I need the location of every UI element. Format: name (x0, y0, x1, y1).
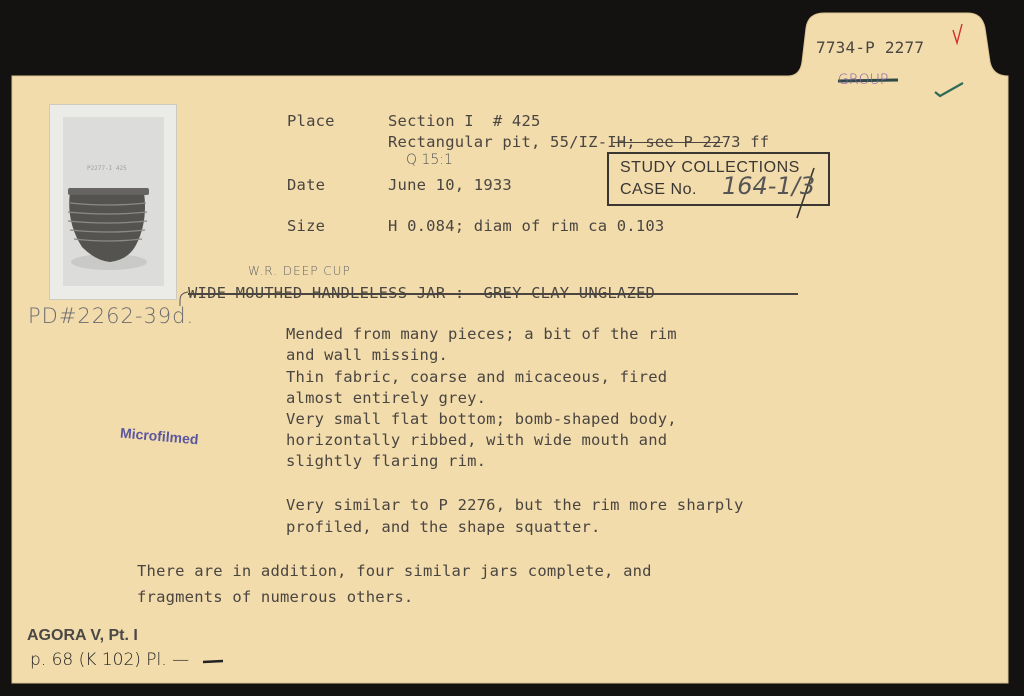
size-value: H 0.084; diam of rim ca 0.103 (388, 217, 664, 235)
comparison-line: profiled, and the shape squatter. (286, 518, 601, 536)
description-line: Mended from many pieces; a bit of the ri… (286, 325, 677, 343)
description-line: slightly flaring rim. (286, 452, 486, 470)
description-line: Thin fabric, coarse and micaceous, fired (286, 368, 667, 386)
comparison-line: Very similar to P 2276, but the rim more… (286, 496, 744, 514)
svg-text:P2277-I 425: P2277-I 425 (87, 165, 127, 172)
photo-reference: PD#2262-39d. (28, 304, 194, 328)
catalog-number: 7734-P 2277 (816, 38, 924, 57)
place-line1: Section I # 425 (388, 112, 541, 130)
publication-reference: p. 68 (K 102) Pl. — (30, 650, 189, 670)
grid-annotation: Q 15:1 (406, 152, 453, 168)
addition-line: There are in addition, four similar jars… (137, 562, 652, 580)
place-label: Place (287, 112, 335, 130)
handwritten-title: W.R. DEEP CUP (248, 264, 351, 278)
place-underline (613, 142, 723, 143)
publication-series: AGORA V, Pt. I (27, 627, 138, 645)
group-stamp: GROUP (838, 72, 888, 88)
stamp-line2: CASE No. (620, 181, 697, 199)
description-line: almost entirely grey. (286, 389, 486, 407)
description-line: and wall missing. (286, 346, 448, 364)
date-label: Date (287, 176, 325, 194)
case-number: 164-1/3 (722, 172, 815, 200)
date-value: June 10, 1933 (388, 176, 512, 194)
description-line: horizontally ribbed, with wide mouth and (286, 431, 667, 449)
addition-line: fragments of numerous others. (137, 588, 413, 606)
description-line: Very small flat bottom; bomb-shaped body… (286, 410, 677, 428)
title-strikethrough (188, 293, 798, 295)
size-label: Size (287, 217, 325, 235)
